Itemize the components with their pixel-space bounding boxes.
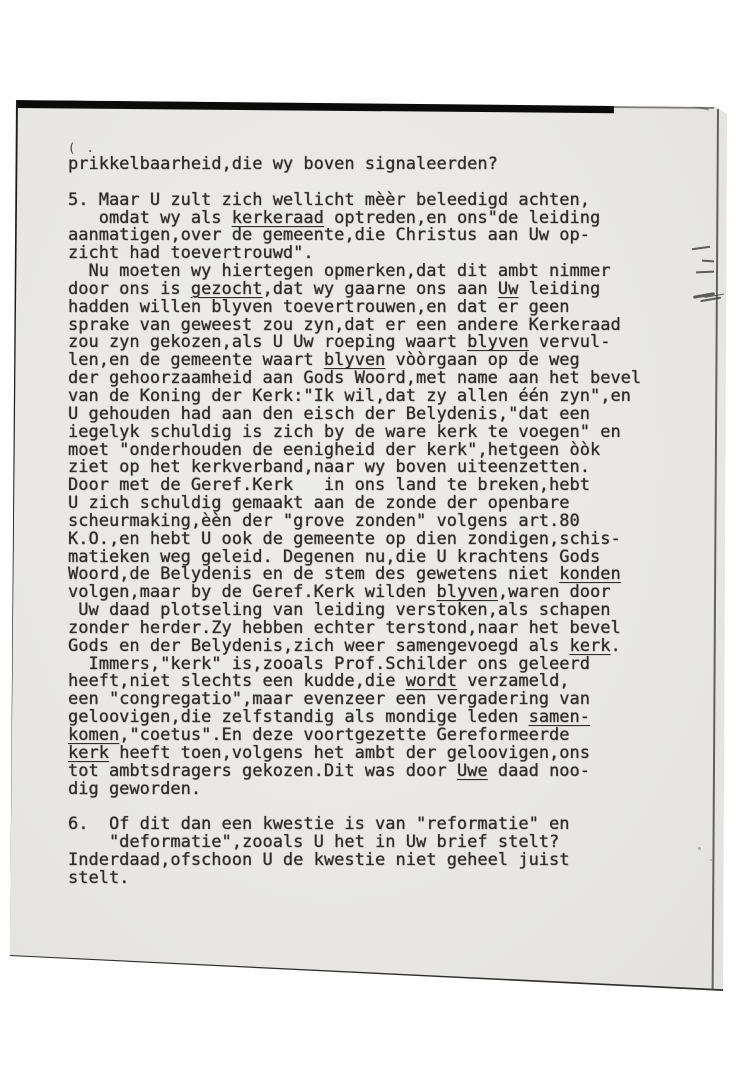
document-line: prikkelbaarheid,die wy boven signaleerde… <box>68 156 678 174</box>
paper-speckle <box>710 859 712 861</box>
binding-pen-mark <box>696 271 714 273</box>
document-text: prikkelbaarheid,die wy boven signaleerde… <box>68 156 678 888</box>
scanned-page: ( . prikkelbaarheid,die wy boven signale… <box>10 99 728 992</box>
binding-crease-line <box>712 109 719 989</box>
binding-pen-mark <box>693 292 715 299</box>
stray-typed-mark: ( . <box>68 141 96 155</box>
page-bottom-edge <box>10 955 724 992</box>
scanner-background: ( . prikkelbaarheid,die wy boven signale… <box>0 0 738 1068</box>
document-line: stelt. <box>68 870 678 888</box>
document-line: Inderdaad,ofschoon U de kwestie niet geh… <box>68 852 678 870</box>
page-left-edge <box>7 99 18 959</box>
page-top-edge-shadow <box>16 100 614 113</box>
binding-pen-mark <box>692 246 710 250</box>
binding-pen-mark <box>702 260 714 263</box>
scan-scratch-mark <box>678 101 709 110</box>
document-line: dig geworden. <box>68 781 678 799</box>
paper-speckle <box>698 847 701 850</box>
